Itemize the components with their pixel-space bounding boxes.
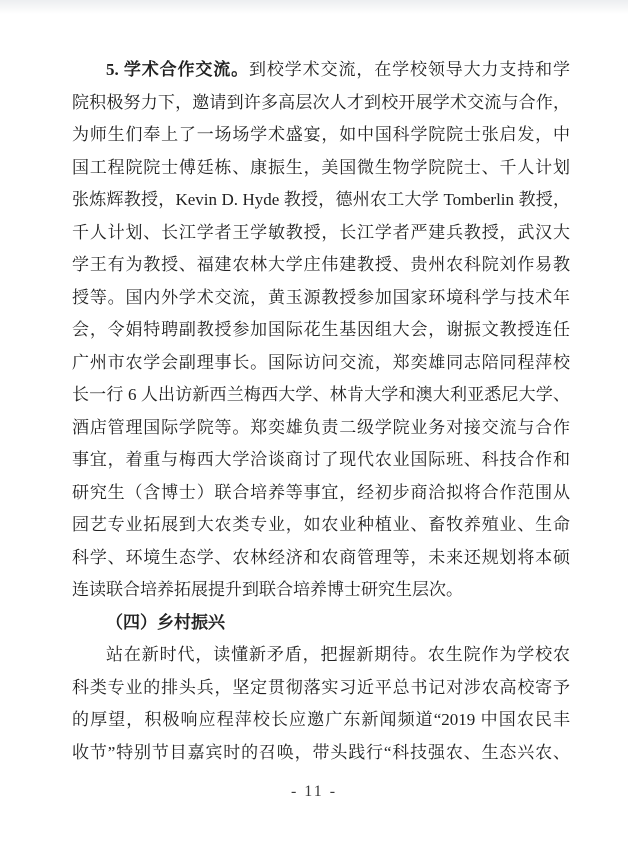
document-page: 5. 学术合作交流。到校学术交流，在学校领导大力支持和学 院积极努力下，邀请到许… xyxy=(0,0,628,848)
page-edge-shadow xyxy=(0,0,628,14)
para-academic-line: 5. 学术合作交流。到校学术交流，在学校领导大力支持和学 xyxy=(72,54,570,87)
para-academic-line: 国工程院院士傅廷栋、康振生，美国微生物学院院士、千人计划 xyxy=(72,152,570,185)
para-academic-line: 广州市农学会副理事长。国际访问交流，郑奕雄同志陪同程萍校 xyxy=(72,347,570,380)
para-rural-line: 收节”特别节目嘉宾时的召唤，带头践行“科技强农、生态兴农、 xyxy=(72,737,570,770)
para-academic-line: 长一行 6 人出访新西兰梅西大学、林肯大学和澳大利亚悉尼大学、 xyxy=(72,379,570,412)
para-academic-line: 院积极努力下，邀请到许多高层次人才到校开展学术交流与合作， xyxy=(72,87,570,120)
para-academic-line: 张炼辉教授，Kevin D. Hyde 教授，德州农工大学 Tomberlin … xyxy=(72,184,570,217)
page-number: - 11 - xyxy=(0,780,628,804)
para-academic-line: 为师生们奉上了一场场学术盛宴，如中国科学院院士张启发，中 xyxy=(72,119,570,152)
section-5-title: 5. 学术合作交流。 xyxy=(106,60,249,79)
para-academic-line-text: 到校学术交流，在学校领导大力支持和学 xyxy=(249,60,570,79)
section-heading-rural-revitalization: （四）乡村振兴 xyxy=(72,607,570,640)
para-academic-line: 连读联合培养拓展提升到联合培养博士研究生层次。 xyxy=(72,574,570,607)
para-rural-line: 科类专业的排头兵，坚定贯彻落实习近平总书记对涉农高校寄予 xyxy=(72,672,570,705)
para-academic-line: 千人计划、长江学者王学敏教授，长江学者严建兵教授，武汉大 xyxy=(72,217,570,250)
para-rural-line: 站在新时代，读懂新矛盾，把握新期待。农生院作为学校农 xyxy=(72,639,570,672)
para-academic-line: 事宜，着重与梅西大学洽谈商讨了现代农业国际班、科技合作和 xyxy=(72,444,570,477)
para-academic-line: 学王有为教授、福建农林大学庄伟建教授、贵州农科院刘作易教 xyxy=(72,249,570,282)
document-body: 5. 学术合作交流。到校学术交流，在学校领导大力支持和学 院积极努力下，邀请到许… xyxy=(72,54,570,769)
para-academic-line: 酒店管理国际学院等。郑奕雄负责二级学院业务对接交流与合作 xyxy=(72,412,570,445)
para-academic-line: 研究生（含博士）联合培养等事宜，经初步商洽拟将合作范围从 xyxy=(72,477,570,510)
para-academic-line: 授等。国内外学术交流，黄玉源教授参加国家环境科学与技术年 xyxy=(72,282,570,315)
para-academic-line: 科学、环境生态学、农林经济和农商管理等，未来还规划将本硕 xyxy=(72,542,570,575)
para-rural-line: 的厚望，积极响应程萍校长应邀广东新闻频道“2019 中国农民丰 xyxy=(72,704,570,737)
para-academic-line: 园艺专业拓展到大农类专业，如农业种植业、畜牧养殖业、生命 xyxy=(72,509,570,542)
para-academic-line: 会，令娟特聘副教授参加国际花生基因组大会，谢振文教授连任 xyxy=(72,314,570,347)
